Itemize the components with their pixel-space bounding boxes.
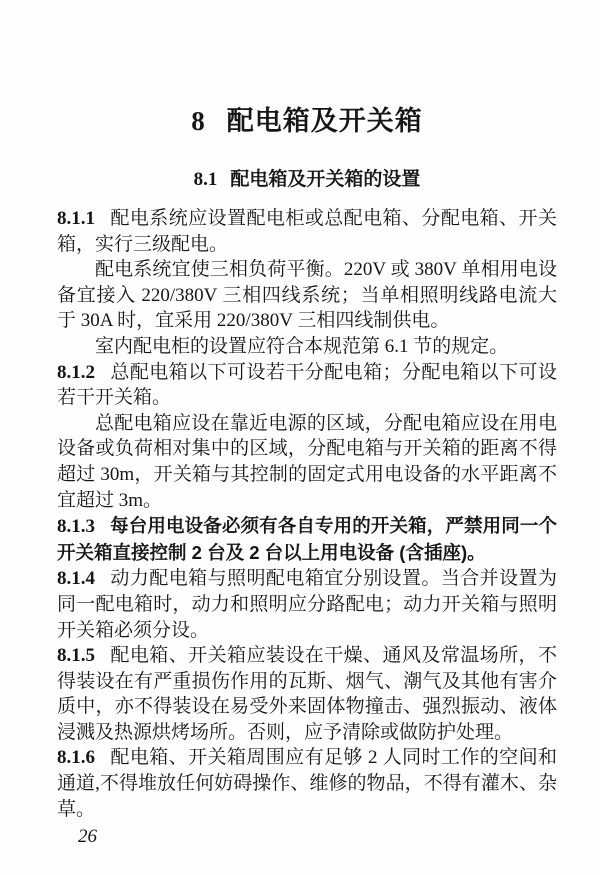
chapter-title: 配电箱及开关箱 (227, 106, 423, 136)
clause-number: 8.1.6 (57, 747, 95, 768)
clause-number: 8.1.5 (57, 645, 95, 666)
clause-text: 配电系统应设置配电柜或总配电箱、分配电箱、开关箱，实行三级配电。 (57, 208, 557, 255)
document-page: 8配电箱及开关箱 8.1配电箱及开关箱的设置 8.1.1配电系统应设置配电柜或总… (0, 0, 600, 875)
page-content: 8配电箱及开关箱 8.1配电箱及开关箱的设置 8.1.1配电系统应设置配电柜或总… (57, 104, 557, 822)
paragraph-continuation: 总配电箱应设在靠近电源的区域，分配电箱应设在用电设备或负荷相对集中的区域，分配电… (57, 411, 557, 513)
paragraph-continuation: 室内配电柜的设置应符合本规范第 6.1 节的规定。 (57, 334, 557, 360)
clause-number: 8.1.3 (57, 516, 95, 537)
clause-text: 配电箱、开关箱周围应有足够 2 人同时工作的空间和通道,不得堆放任何妨碍操作、维… (57, 747, 557, 819)
section-heading: 8.1配电箱及开关箱的设置 (57, 168, 557, 192)
section-number: 8.1 (194, 169, 218, 190)
page-number: 26 (78, 826, 97, 848)
clause-list: 8.1.1配电系统应设置配电柜或总配电箱、分配电箱、开关箱，实行三级配电。 配电… (57, 206, 557, 822)
clause-8-1-4: 8.1.4动力配电箱与照明配电箱宜分别设置。当合并设置为同一配电箱时，动力和照明… (57, 566, 557, 643)
chapter-heading: 8配电箱及开关箱 (57, 104, 557, 138)
section-title: 配电箱及开关箱的设置 (230, 169, 420, 190)
clause-8-1-2: 8.1.2总配电箱以下可设若干分配电箱；分配电箱以下可设若干开关箱。 (57, 360, 557, 411)
clause-number: 8.1.4 (57, 568, 95, 589)
clause-8-1-1: 8.1.1配电系统应设置配电柜或总配电箱、分配电箱、开关箱，实行三级配电。 (57, 206, 557, 257)
clause-8-1-6: 8.1.6配电箱、开关箱周围应有足够 2 人同时工作的空间和通道,不得堆放任何妨… (57, 745, 557, 822)
clause-number: 8.1.1 (57, 208, 95, 229)
paragraph-text: 配电系统宜使三相负荷平衡。220V 或 380V 单相用电设备宜接入 220/3… (57, 259, 557, 331)
clause-text: 动力配电箱与照明配电箱宜分别设置。当合并设置为同一配电箱时，动力和照明应分路配电… (57, 568, 557, 640)
clause-text: 每台用电设备必须有各自专用的开关箱，严禁用同一个开关箱直接控制 2 台及 2 台… (57, 515, 557, 563)
clause-8-1-3: 8.1.3每台用电设备必须有各自专用的开关箱，严禁用同一个开关箱直接控制 2 台… (57, 513, 557, 566)
clause-text: 总配电箱以下可设若干分配电箱；分配电箱以下可设若干开关箱。 (57, 362, 557, 409)
clause-text: 配电箱、开关箱应装设在干燥、通风及常温场所，不得装设在有严重损伤作用的瓦斯、烟气… (57, 645, 557, 743)
chapter-number: 8 (191, 106, 205, 136)
clause-8-1-5: 8.1.5配电箱、开关箱应装设在干燥、通风及常温场所，不得装设在有严重损伤作用的… (57, 643, 557, 745)
paragraph-text: 室内配电柜的设置应符合本规范第 6.1 节的规定。 (95, 336, 508, 357)
clause-number: 8.1.2 (57, 362, 95, 383)
paragraph-text: 总配电箱应设在靠近电源的区域，分配电箱应设在用电设备或负荷相对集中的区域，分配电… (57, 413, 557, 511)
paragraph-continuation: 配电系统宜使三相负荷平衡。220V 或 380V 单相用电设备宜接入 220/3… (57, 257, 557, 334)
